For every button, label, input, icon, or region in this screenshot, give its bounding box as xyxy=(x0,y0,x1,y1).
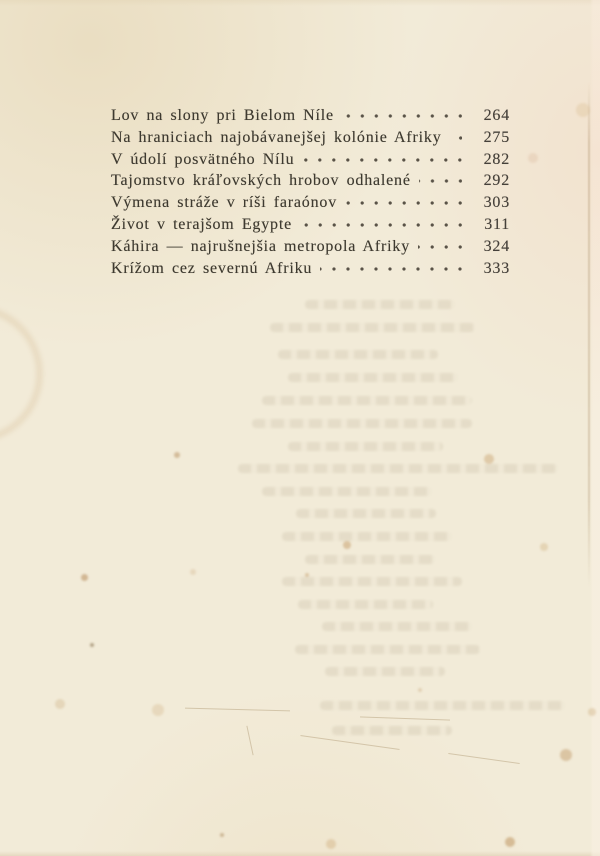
foxing-spot xyxy=(540,543,548,551)
scratch-mark xyxy=(360,716,450,720)
show-through-line xyxy=(305,555,435,564)
foxing-spot xyxy=(220,833,224,837)
show-through-line xyxy=(238,464,558,473)
foxing-spot xyxy=(152,704,164,716)
foxing-spot xyxy=(588,708,596,716)
toc-entry-page: 292 xyxy=(474,172,510,190)
dot-leader xyxy=(450,126,462,142)
foxing-spot xyxy=(418,688,422,692)
show-through-line xyxy=(332,726,452,735)
toc-entry: Na hraniciach najobávanejšej kolónie Afr… xyxy=(111,126,510,148)
show-through-line xyxy=(282,532,452,541)
show-through-line xyxy=(325,667,445,676)
toc-entry-page: 303 xyxy=(474,194,510,212)
dot-leader xyxy=(302,148,462,164)
toc-entry-page: 264 xyxy=(474,107,510,125)
foxing-spot xyxy=(505,837,515,847)
foxing-spot xyxy=(174,452,180,458)
show-through-line xyxy=(262,396,472,405)
foxing-spot xyxy=(81,574,88,581)
toc-entry: Život v terajšom Egypte 311 xyxy=(111,213,510,235)
foxing-spot xyxy=(190,569,196,575)
toc-entry-page: 311 xyxy=(474,216,510,234)
show-through-line xyxy=(288,442,443,451)
foxing-spot xyxy=(305,573,309,577)
toc-entry: Káhira — najrušnejšia metropola Afriky 3… xyxy=(111,235,510,257)
toc-entry-title: Život v terajšom Egypte xyxy=(111,216,292,234)
toc-entry-title: Výmena stráže v ríši faraónov xyxy=(111,194,337,212)
foxing-spot xyxy=(326,839,336,849)
table-of-contents: Lov na slony pri Bielom Níle 264 Na hran… xyxy=(111,104,510,278)
dot-leader xyxy=(419,169,462,185)
show-through-line xyxy=(282,577,462,586)
dot-leader xyxy=(320,257,462,273)
scratch-mark xyxy=(448,753,519,764)
toc-entry-page: 282 xyxy=(474,151,510,169)
show-through-line xyxy=(320,701,565,710)
toc-entry: Výmena stráže v ríši faraónov 303 xyxy=(111,191,510,213)
scratch-mark xyxy=(185,708,290,712)
show-through-line xyxy=(288,373,458,382)
toc-entry-page: 324 xyxy=(474,238,510,256)
toc-entry: Krížom cez severnú Afriku 333 xyxy=(111,257,510,279)
toc-entry-title: Lov na slony pri Bielom Níle xyxy=(111,107,334,125)
foxing-spot xyxy=(560,749,572,761)
dot-leader xyxy=(418,235,462,251)
dot-leader xyxy=(345,191,462,207)
foxing-spot xyxy=(90,643,94,647)
dot-leader xyxy=(300,213,462,229)
toc-entry-title: Tajomstvo kráľovských hrobov odhalené xyxy=(111,172,411,190)
toc-entry-title: Krížom cez severnú Afriku xyxy=(111,260,312,278)
page-crease xyxy=(588,82,590,587)
toc-entry-page: 333 xyxy=(474,260,510,278)
toc-entry: Tajomstvo kráľovských hrobov odhalené 29… xyxy=(111,169,510,191)
foxing-spot xyxy=(343,541,351,549)
show-through-line xyxy=(270,323,475,332)
foxing-spot xyxy=(55,699,65,709)
show-through-line xyxy=(296,509,436,518)
foxing-spot xyxy=(484,454,494,464)
show-through-line xyxy=(298,600,433,609)
toc-entry-title: Káhira — najrušnejšia metropola Afriky xyxy=(111,238,410,256)
show-through-line xyxy=(252,419,472,428)
show-through-line xyxy=(278,350,438,359)
toc-entry-title: V údolí posvätného Nílu xyxy=(111,151,294,169)
dot-leader xyxy=(342,104,462,120)
toc-entry-page: 275 xyxy=(474,129,510,147)
toc-entry: V údolí posvätného Nílu 282 xyxy=(111,148,510,170)
toc-entry: Lov na slony pri Bielom Níle 264 xyxy=(111,104,510,126)
scratch-mark xyxy=(246,726,253,756)
foxing-spot xyxy=(576,103,590,117)
show-through-line xyxy=(295,645,480,654)
scratch-mark xyxy=(300,735,399,750)
scanned-book-page: Lov na slony pri Bielom Níle 264 Na hran… xyxy=(0,0,600,856)
show-through-line xyxy=(262,487,432,496)
show-through-line xyxy=(322,622,472,631)
foxing-spot xyxy=(528,153,538,163)
toc-entry-title: Na hraniciach najobávanejšej kolónie Afr… xyxy=(111,129,442,147)
ring-stain xyxy=(0,305,43,443)
show-through-line xyxy=(305,300,455,309)
